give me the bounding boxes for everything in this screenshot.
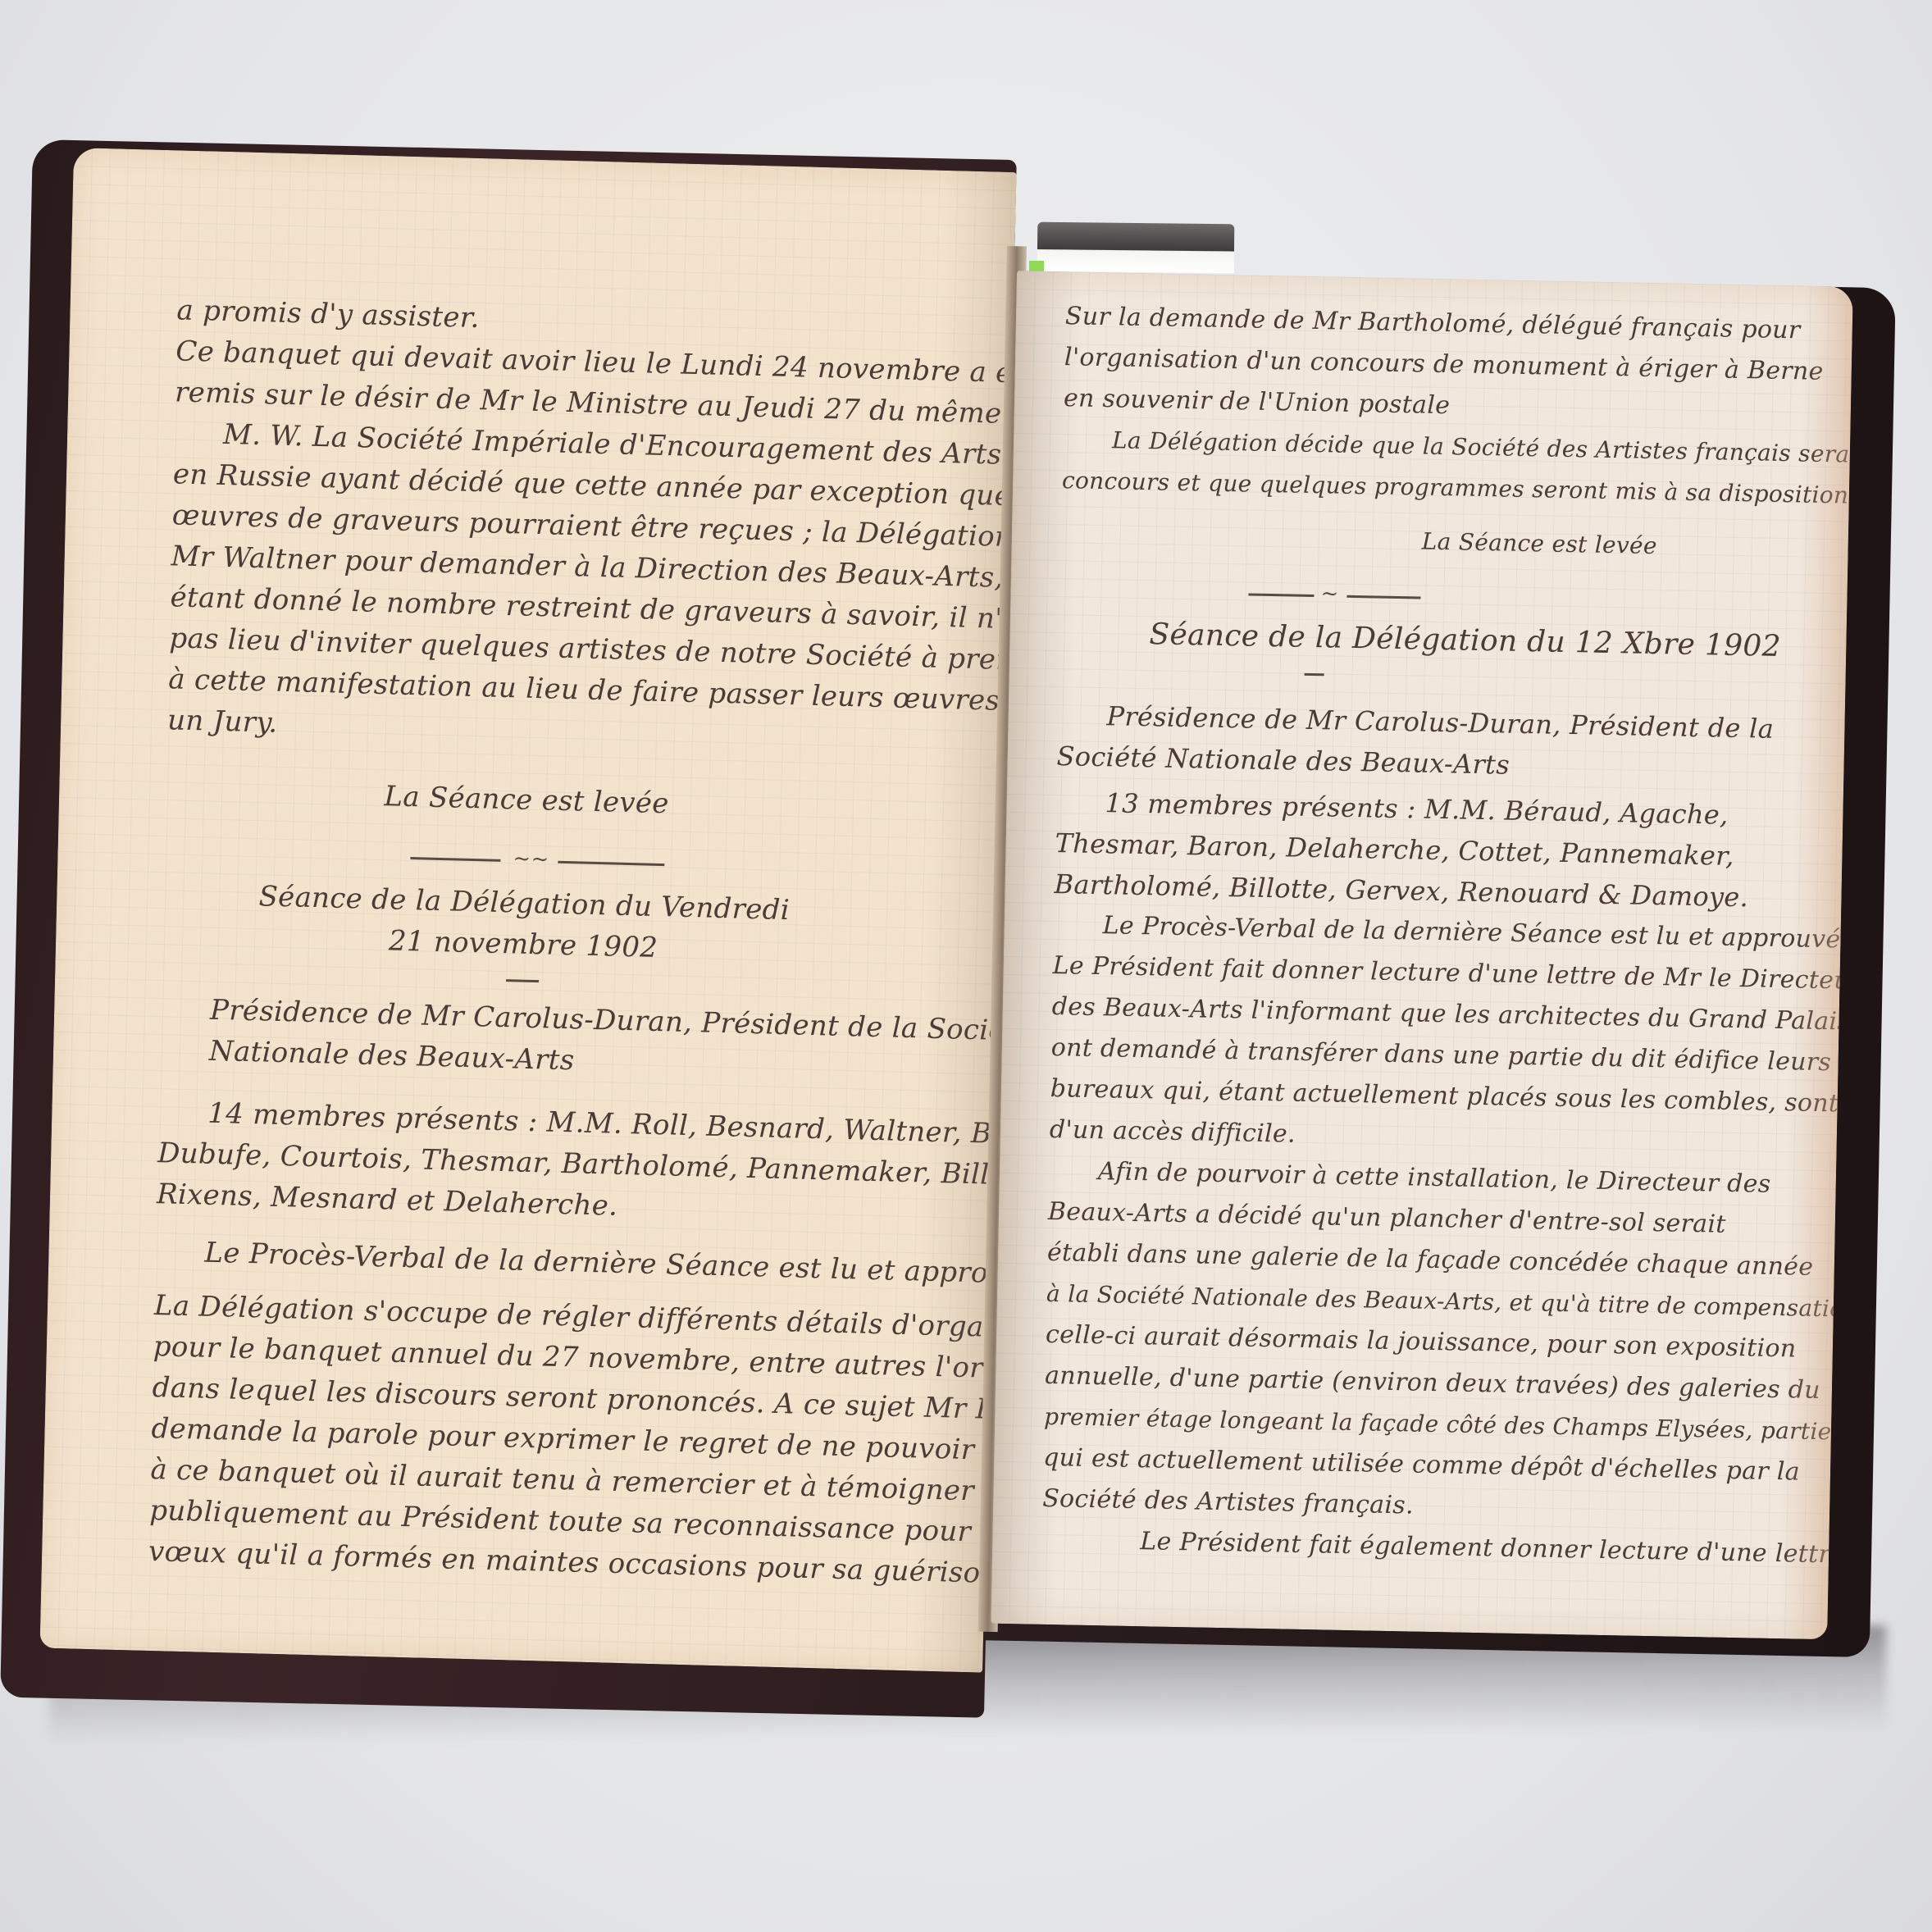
left-page: a promis d'y assister. Ce banquet qui de… <box>39 148 1016 1673</box>
right-page: Sur la demande de Mr Bartholomé, délégué… <box>991 271 1852 1639</box>
right-page-text: Sur la demande de Mr Bartholomé, délégué… <box>1041 296 1853 1579</box>
left-page-text: a promis d'y assister. Ce banquet qui de… <box>148 289 1017 1597</box>
bookmark-tabs <box>1037 222 1235 274</box>
photo-scene: a promis d'y assister. Ce banquet qui de… <box>0 0 1932 1932</box>
